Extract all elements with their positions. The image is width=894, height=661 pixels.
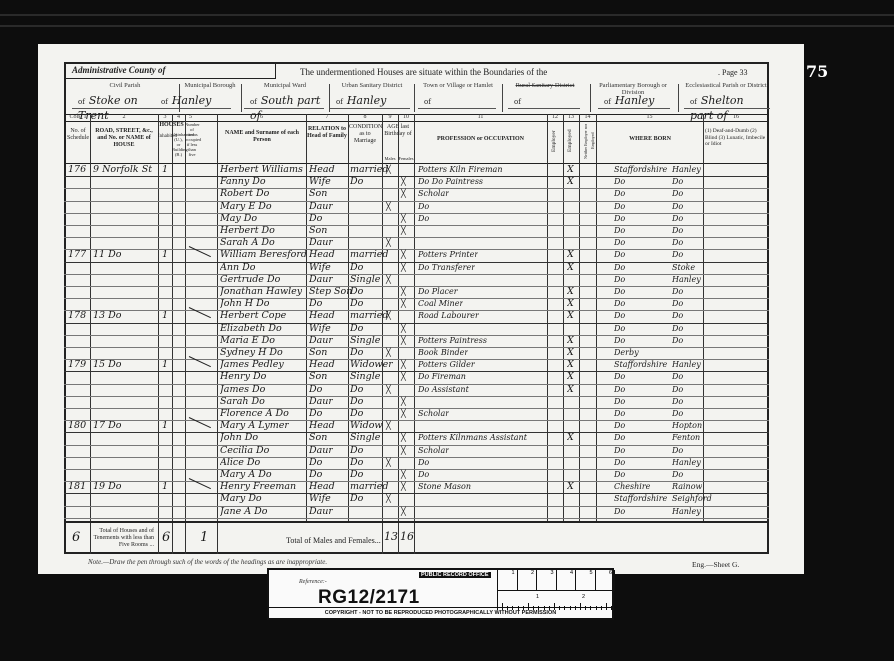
cell-employed: X <box>567 382 574 397</box>
cell-schedule: 179 <box>68 357 86 372</box>
col-num-10: 10 <box>398 114 414 120</box>
row-divider <box>64 335 769 336</box>
cell-condition: Do <box>350 491 363 506</box>
scan-artifact <box>0 14 894 16</box>
age-redaction-mark: ╳ <box>401 406 406 421</box>
scale-ruler: 123456 12 <box>497 570 615 610</box>
cell-condition: Do <box>350 174 363 189</box>
cell-inhabited: 1 <box>162 479 168 494</box>
col-num-14: 14 <box>579 114 596 120</box>
ruler-mark: 5 <box>576 570 596 590</box>
area-value-municipal-ward: ofSouth part of <box>244 94 324 109</box>
header-employed: Employed <box>567 124 574 158</box>
reference-box: PUBLIC RECORD OFFICE Reference:- RG12/21… <box>267 568 614 620</box>
header-age: AGE last Birthday of <box>382 124 414 138</box>
header-relation: RELATION to Head of Family <box>307 126 347 140</box>
cell-schedule: 176 <box>68 162 86 177</box>
row-divider <box>64 432 769 433</box>
cell-relation: Daur <box>309 504 333 519</box>
cell-schedule: 177 <box>68 247 86 262</box>
area-label-ecclesiastical: Ecclesiastical Parish or District <box>685 82 767 89</box>
area-label-town-village: Town or Village or Hamlet <box>418 82 498 89</box>
cell-inhabited: 1 <box>162 357 168 372</box>
age-redaction-mark: ╳ <box>386 162 391 177</box>
row-divider <box>64 347 769 348</box>
page-label: . Page 33 <box>718 68 748 77</box>
header-inhabited: Inhabited <box>158 134 172 140</box>
row-divider <box>64 445 769 446</box>
col-num-13: 13 <box>563 114 579 120</box>
header-rooms: Number of rooms occupied if less than fi… <box>185 122 199 157</box>
header-name: NAME and Surname of each Person <box>222 130 302 144</box>
area-value-urban-sanitary: ofHanley <box>330 94 410 109</box>
age-redaction-mark: ╳ <box>401 186 406 201</box>
sheet-label: Eng.—Sheet G. <box>692 560 739 569</box>
total-rooms: 1 <box>200 530 208 545</box>
cell-occupation: Do Assistant <box>418 382 469 397</box>
cell-inhabited: 1 <box>162 308 168 323</box>
age-redaction-mark: ╳ <box>401 443 406 458</box>
age-redaction-mark: ╳ <box>401 333 406 348</box>
col-divider <box>306 114 307 521</box>
divider <box>414 84 415 112</box>
header-occupation: PROFESSION or OCCUPATION <box>418 136 543 143</box>
ruler-mark: 2 <box>582 594 585 600</box>
row-divider <box>64 201 769 202</box>
row-divider <box>64 249 769 250</box>
reference-label: Reference:- <box>299 579 327 585</box>
scan-artifact <box>0 25 894 27</box>
row-divider <box>64 188 769 189</box>
area-value-ecclesiastical: ofShelton part of <box>684 94 770 109</box>
header-neither: Neither Employer nor Employed <box>582 122 596 160</box>
cell-employed: X <box>567 479 574 494</box>
total-houses-label: Total of Houses and of Tenements with le… <box>92 528 154 549</box>
col-num-7: 7 <box>306 114 348 120</box>
copyright-notice: COPYRIGHT - NOT TO BE REPRODUCED PHOTOGR… <box>269 607 612 618</box>
header-employer: Employer <box>551 124 558 158</box>
cell-inhabited: 1 <box>162 418 168 433</box>
reference-code: RG12/2171 <box>318 587 420 609</box>
col-divider <box>703 114 704 521</box>
cell-inhabited: 1 <box>162 247 168 262</box>
cell-address: 9 Norfolk St <box>93 162 152 177</box>
area-value-parliamentary: ofHanley <box>598 94 670 109</box>
row-divider <box>64 237 769 238</box>
cell-employed: X <box>567 430 574 445</box>
area-value-town-village: of <box>418 94 496 109</box>
header-condition: CONDITION as to Marriage <box>349 124 381 145</box>
col-divider <box>563 114 564 521</box>
footer-note: Note.—Draw the pen through such of the w… <box>88 558 327 566</box>
row-divider <box>64 469 769 470</box>
age-redaction-mark: ╳ <box>386 199 391 214</box>
age-redaction-mark: ╳ <box>386 491 391 506</box>
area-label-civil-parish: Civil Parish <box>80 82 170 89</box>
cell-schedule: 180 <box>68 418 86 433</box>
col-divider <box>547 114 548 521</box>
cell-born-place: Hanley <box>672 504 701 519</box>
ruler-mark: 1 <box>536 594 539 600</box>
row-divider <box>64 420 769 421</box>
cell-address: 19 Do <box>93 479 121 494</box>
col-num-16: 16 <box>703 114 769 120</box>
col-num-15: 15 <box>596 114 703 120</box>
row-divider <box>64 384 769 385</box>
cell-occupation: Stone Mason <box>418 479 471 494</box>
cell-name: Jane A Do <box>220 504 267 519</box>
cell-occupation: Do Transferer <box>418 260 475 275</box>
row-divider <box>64 518 769 519</box>
area-label-rural-sanitary: Rural Sanitary District <box>505 82 585 89</box>
cell-born-place: Do <box>672 333 683 348</box>
cell-employed: X <box>567 260 574 275</box>
row-divider <box>64 225 769 226</box>
totals-divider <box>64 521 769 523</box>
header-infirmity: (1) Deaf-and-Dumb (2) Blind (3) Lunatic,… <box>705 128 767 148</box>
col-num-2: 2 <box>90 114 158 120</box>
area-value-rural-sanitary: of <box>508 94 580 109</box>
age-redaction-mark: ╳ <box>401 369 406 384</box>
age-redaction-mark: ╳ <box>401 504 406 519</box>
cell-schedule: 178 <box>68 308 86 323</box>
divider <box>678 84 679 112</box>
page-number-stamp: 75 <box>806 62 828 81</box>
col-num-1: Cols. 1 <box>66 114 90 120</box>
row-divider <box>64 262 769 263</box>
record-office-label: PUBLIC RECORD OFFICE <box>419 572 491 578</box>
cell-occupation: Road Labourer <box>418 308 479 323</box>
col-divider <box>579 114 580 521</box>
cell-occupation: Do <box>418 211 429 226</box>
area-value-municipal-borough: ofHanley <box>155 94 231 109</box>
total-males: 13 <box>384 530 398 543</box>
divider <box>241 84 242 112</box>
header-schedule: No. of Schedule <box>66 128 90 142</box>
age-redaction-mark: ╳ <box>401 260 406 275</box>
area-label-municipal-ward: Municipal Ward <box>245 82 325 89</box>
age-redaction-mark: ╳ <box>386 455 391 470</box>
row-divider <box>64 286 769 287</box>
header-uninhabited: Uninhabited (U.), or Building (B.) <box>172 132 185 157</box>
col-num-5: 5 <box>185 114 221 120</box>
col-num-9: 9 <box>382 114 398 120</box>
divider <box>502 84 503 112</box>
row-divider <box>64 408 769 409</box>
cell-address: 15 Do <box>93 357 121 372</box>
col-num-3: 3 <box>158 114 172 120</box>
area-label-urban-sanitary: Urban Sanitary District <box>332 82 412 89</box>
row-divider <box>64 298 769 299</box>
total-persons-label: Total of Males and Females... <box>286 536 381 545</box>
header-where-born: WHERE BORN <box>600 136 700 143</box>
ruler-mark: 4 <box>557 570 577 590</box>
cell-occupation: Scholar <box>418 406 449 421</box>
age-redaction-mark: ╳ <box>401 296 406 311</box>
age-redaction-mark: ╳ <box>386 272 391 287</box>
row-divider <box>64 396 769 397</box>
ruler-mark: 2 <box>518 570 538 590</box>
total-females: 16 <box>400 530 414 543</box>
row-divider <box>64 457 769 458</box>
col-num-4: 4 <box>172 114 185 120</box>
age-redaction-mark: ╳ <box>401 223 406 238</box>
total-inhabited: 6 <box>162 530 170 545</box>
cell-employed: X <box>567 174 574 189</box>
cell-schedule: 181 <box>68 479 86 494</box>
cell-address: 11 Do <box>93 247 121 262</box>
ruler-mark: 6 <box>596 570 616 590</box>
header-houses: HOUSES <box>158 122 185 129</box>
header-females: Females <box>398 155 414 162</box>
header-road: ROAD, STREET, &c., and No. or NAME of HO… <box>92 128 156 149</box>
cell-born-county: Do <box>614 504 625 519</box>
ruler-mark: 3 <box>537 570 557 590</box>
administrative-county: Administrative County of <box>64 62 276 79</box>
col-num-12: 12 <box>547 114 563 120</box>
row-divider <box>64 213 769 214</box>
total-schedules: 6 <box>72 530 80 545</box>
col-num-11: 11 <box>414 114 547 120</box>
row-divider <box>64 323 769 324</box>
col-num-6: 6 <box>217 114 306 120</box>
age-redaction-mark: ╳ <box>386 308 391 323</box>
row-divider <box>64 274 769 275</box>
row-divider <box>64 310 769 311</box>
col-num-8: 8 <box>348 114 382 120</box>
divider <box>590 84 591 112</box>
cell-inhabited: 1 <box>162 162 168 177</box>
header-males: Males <box>382 155 398 162</box>
ruler-mark: 1 <box>498 570 518 590</box>
cell-address: 13 Do <box>93 308 121 323</box>
age-redaction-mark: ╳ <box>401 479 406 494</box>
cell-address: 17 Do <box>93 418 121 433</box>
cell-employed: X <box>567 308 574 323</box>
col-divider <box>596 114 597 521</box>
area-value-civil-parish: ofStoke on Trent <box>72 94 158 109</box>
age-redaction-mark: ╳ <box>386 382 391 397</box>
boundary-statement: The undermentioned Houses are situate wi… <box>300 67 547 77</box>
age-redaction-mark: ╳ <box>386 418 391 433</box>
col-divider <box>348 114 349 521</box>
row-divider <box>64 481 769 482</box>
